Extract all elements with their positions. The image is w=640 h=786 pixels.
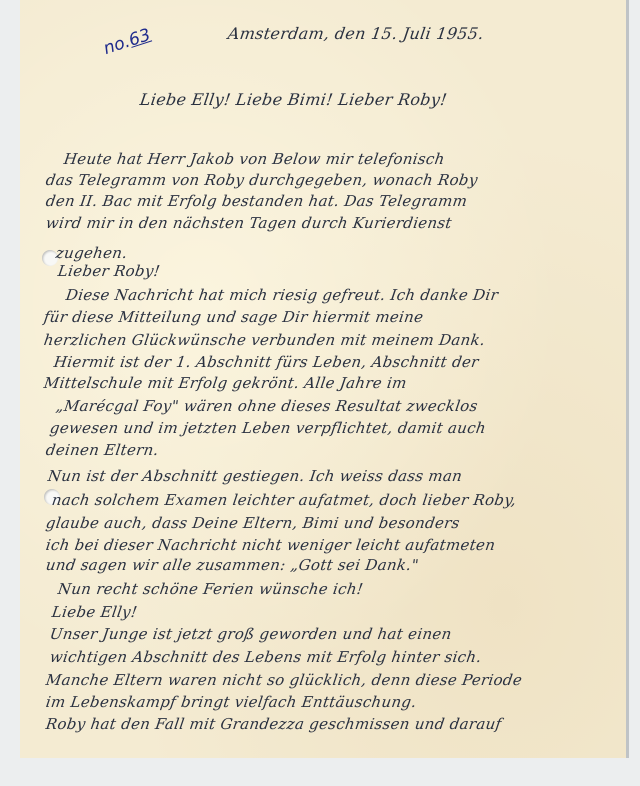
letter-line: gewesen und im jetzten Leben verpflichte… — [49, 419, 487, 437]
letter-line: „Marécgal Foy" wären ohne dieses Resulta… — [55, 397, 479, 415]
letter-line: Hiermit ist der 1. Abschnitt fürs Leben,… — [53, 353, 480, 371]
letter-line: und sagen wir alle zusammen: „Gott sei D… — [45, 556, 420, 574]
letter-line: deinen Eltern. — [45, 441, 160, 459]
letter-line: Liebe Elly! — [51, 603, 139, 621]
letter-line: Roby hat den Fall mit Grandezza geschmis… — [45, 715, 503, 733]
letter-line: nach solchem Examen leichter aufatmet, d… — [51, 491, 518, 509]
letter-line: im Lebenskampf bringt vielfach Enttäusch… — [45, 693, 418, 711]
letter-line: zugehen. — [55, 244, 129, 262]
letter-line: Manche Eltern waren nicht so glücklich, … — [45, 671, 524, 689]
letter-line: den II. Bac mit Erfolg bestanden hat. Da… — [45, 192, 469, 210]
letter-line: für diese Mitteilung und sage Dir hiermi… — [43, 308, 425, 326]
letter-line: Diese Nachricht hat mich riesig gefreut.… — [65, 286, 500, 304]
letter-line: Heute hat Herr Jakob von Below mir telef… — [63, 150, 446, 168]
letter-line: wird mir in den nächsten Tagen durch Kur… — [45, 214, 453, 232]
place-date: Amsterdam, den 15. Juli 1955. — [227, 24, 485, 43]
letter-line: Lieber Roby! — [57, 262, 162, 280]
letter-line: ich bei dieser Nachricht nicht weniger l… — [45, 536, 497, 554]
letter-line: das Telegramm von Roby durchgegeben, won… — [45, 171, 479, 189]
letter-line: Nun ist der Abschnitt gestiegen. Ich wei… — [47, 467, 464, 485]
letter-line: Mittelschule mit Erfolg gekrönt. Alle Ja… — [43, 374, 408, 392]
letter-line: Nun recht schöne Ferien wünsche ich! — [57, 580, 365, 598]
paper-edge — [626, 0, 629, 758]
letter-line: herzlichen Glückwünsche verbunden mit me… — [43, 331, 487, 349]
letter-line: glaube auch, dass Deine Eltern, Bimi und… — [45, 514, 461, 532]
letter-line: Unser Junge ist jetzt groß geworden und … — [49, 625, 453, 643]
letter-line: wichtigen Abschnitt des Lebens mit Erfol… — [49, 648, 483, 666]
salutation: Liebe Elly! Liebe Bimi! Lieber Roby! — [139, 90, 449, 109]
